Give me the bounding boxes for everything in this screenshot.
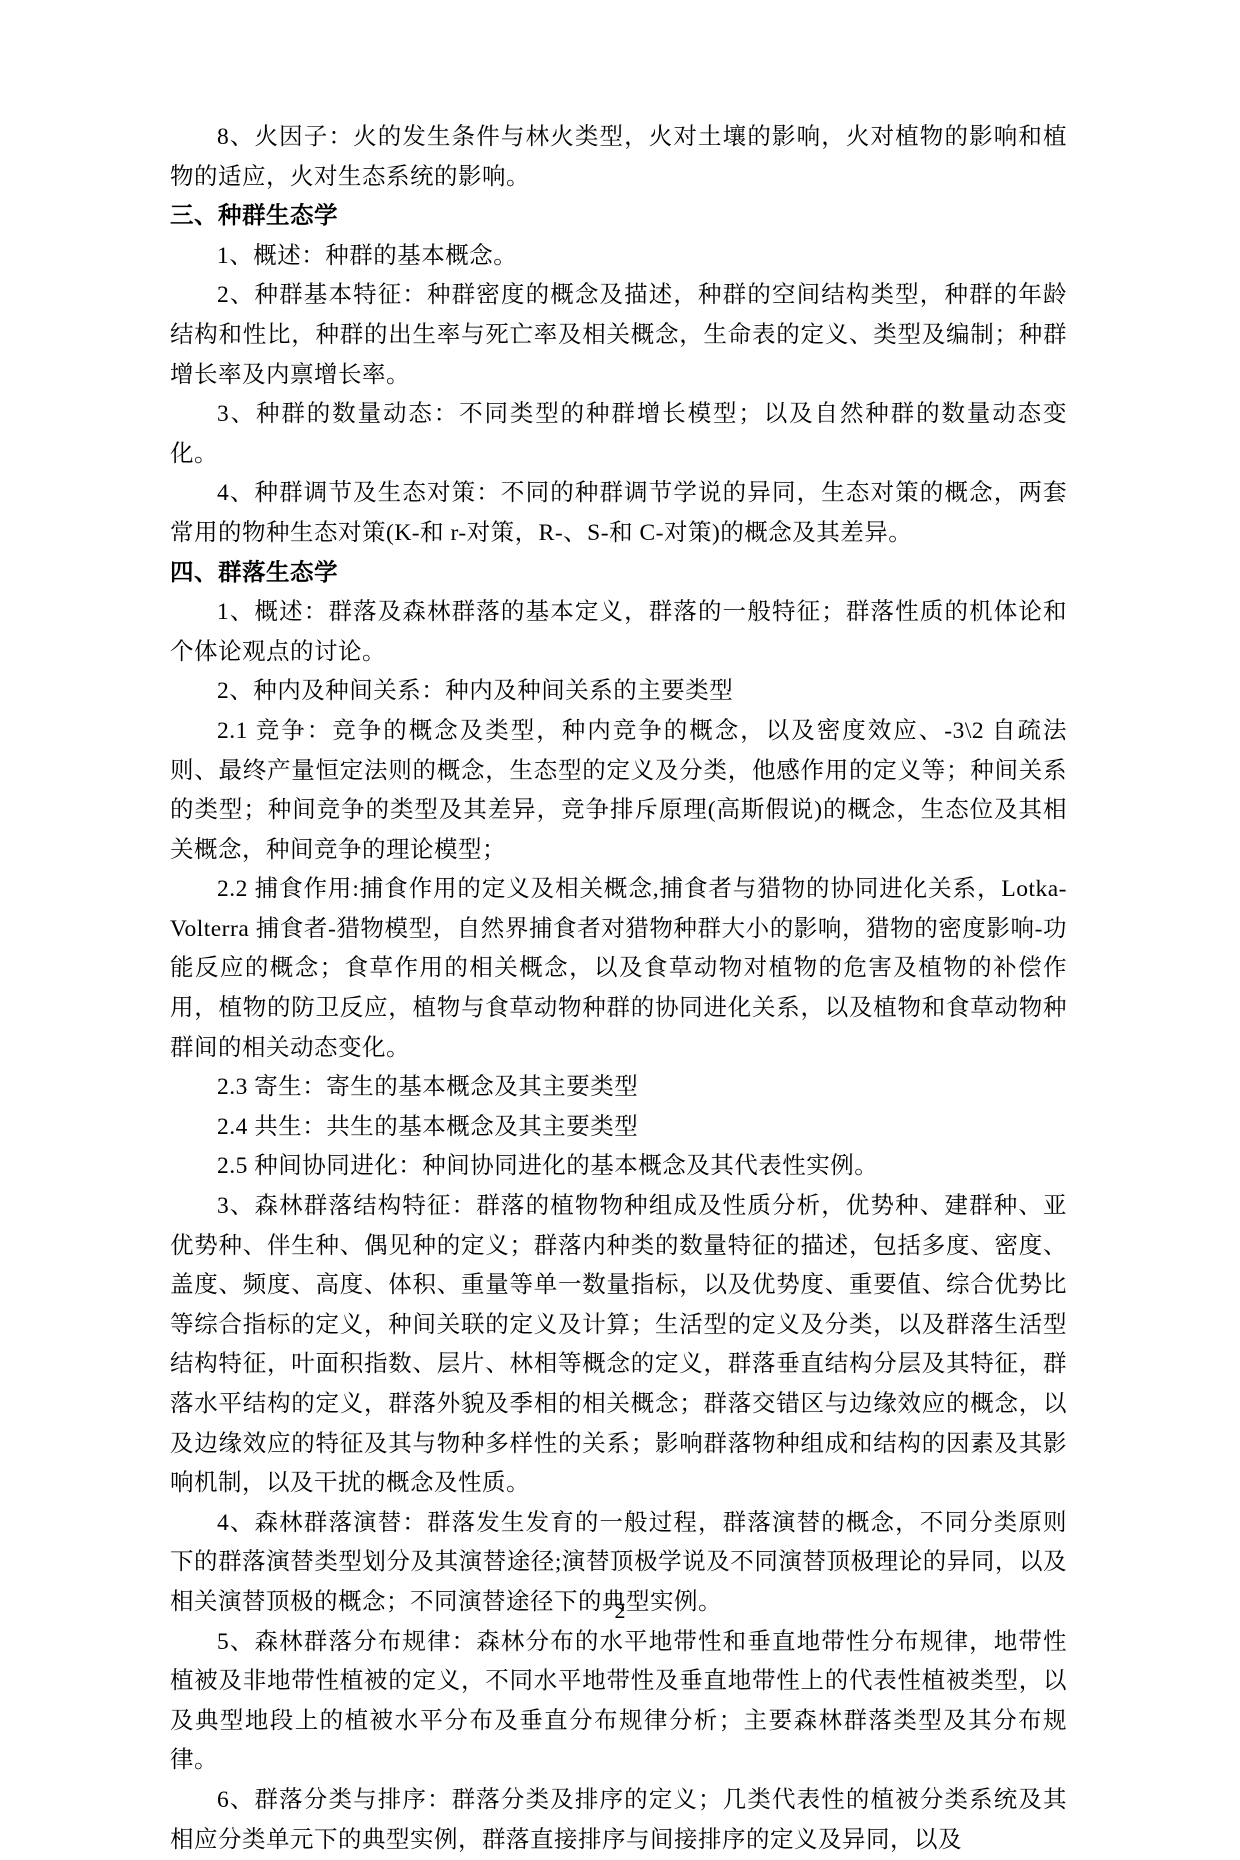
paragraph: 2、种群基本特征：种群密度的概念及描述，种群的空间结构类型，种群的年龄结构和性比… — [170, 276, 1067, 395]
paragraph: 5、森林群落分布规律：森林分布的水平地带性和垂直地带性分布规律，地带性植被及非地… — [170, 1623, 1067, 1781]
paragraph: 8、火因子：火的发生条件与林火类型，火对土壤的影响，火对植物的影响和植物的适应，… — [170, 118, 1067, 197]
paragraph: 4、种群调节及生态对策：不同的种群调节学说的异同，生态对策的概念，两套常用的物种… — [170, 474, 1067, 553]
paragraph: 2、种内及种间关系：种内及种间关系的主要类型 — [170, 672, 1067, 712]
paragraph: 6、群落分类与排序：群落分类及排序的定义；几类代表性的植被分类系统及其相应分类单… — [170, 1781, 1067, 1860]
paragraph: 1、概述：群落及森林群落的基本定义，群落的一般特征；群落性质的机体论和个体论观点… — [170, 593, 1067, 672]
paragraph: 2.5 种间协同进化：种间协同进化的基本概念及其代表性实例。 — [170, 1147, 1067, 1187]
paragraph: 1、概述：种群的基本概念。 — [170, 237, 1067, 277]
paragraph: 2.3 寄生：寄生的基本概念及其主要类型 — [170, 1068, 1067, 1108]
paragraph: 2.2 捕食作用:捕食作用的定义及相关概念,捕食者与猎物的协同进化关系，Lotk… — [170, 870, 1067, 1068]
paragraph: 3、森林群落结构特征：群落的植物物种组成及性质分析，优势种、建群种、亚优势种、伴… — [170, 1187, 1067, 1504]
page-number: 2 — [0, 1596, 1240, 1626]
paragraph: 2.1 竞争：竞争的概念及类型，种内竞争的概念，以及密度效应、-3\2 自疏法则… — [170, 712, 1067, 870]
section-heading: 三、种群生态学 — [170, 197, 1067, 237]
paragraph: 3、种群的数量动态：不同类型的种群增长模型；以及自然种群的数量动态变化。 — [170, 395, 1067, 474]
paragraph: 2.4 共生：共生的基本概念及其主要类型 — [170, 1108, 1067, 1148]
section-heading: 四、群落生态学 — [170, 554, 1067, 594]
